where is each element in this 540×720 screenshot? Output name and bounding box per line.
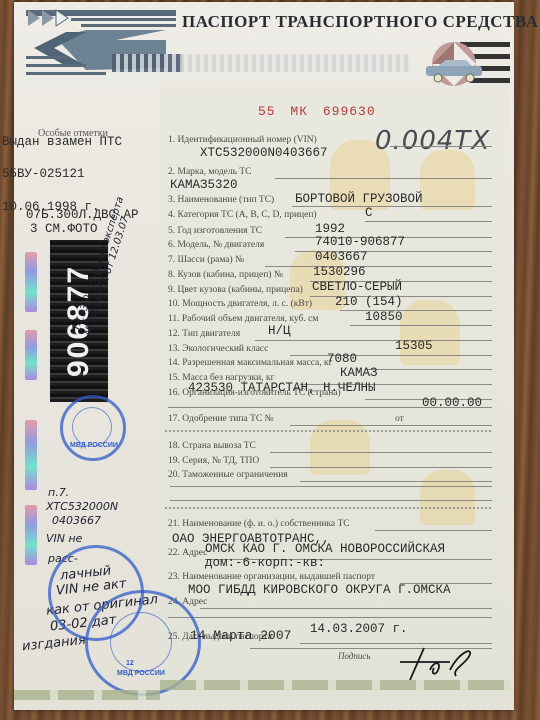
field-underline (350, 325, 492, 326)
blank-line (170, 486, 492, 487)
section-divider (165, 430, 492, 432)
field-underline (270, 467, 492, 468)
field-underline (292, 206, 492, 207)
document-title: ПАСПОРТ ТРАНСПОРТНОГО СРЕДСТВА (182, 12, 538, 32)
field-value: БОРТОВОЙ ГРУЗОВОЙ (295, 192, 423, 206)
security-border-strip (14, 690, 160, 700)
field-label: 19. Серия, № ТД, ТПО (168, 456, 259, 466)
field-value: C (365, 206, 373, 220)
stamp-inner-ring (110, 612, 172, 672)
field-value: МОО ГИБДД КИРОВСКОГО ОКРУГА Г.ОМСКА (188, 583, 451, 597)
field-label: 17. Одобрение типа ТС № (168, 414, 274, 424)
car-emblem-icon (420, 40, 510, 90)
series-number: 55 (258, 104, 276, 119)
field-value: 210 (154) (335, 295, 403, 309)
field-suffix: от (395, 414, 404, 424)
field-label: 9. Цвет кузова (кабины, прицепа) (168, 285, 303, 295)
field-underline (365, 221, 492, 222)
field-label: 12. Тип двигателя (168, 329, 240, 339)
field-label: 18. Страна вывоза ТС (168, 441, 256, 451)
field-underline (265, 266, 492, 267)
field-label: 1. Идентификационный номер (VIN) (168, 135, 317, 145)
field-label: 6. Модель, № двигателя (168, 240, 264, 250)
field-value: XTC532000N0403667 (200, 146, 328, 160)
field-underline (275, 178, 492, 179)
field-value: 74010-906877 (315, 235, 405, 249)
field-value: КАМАЗ5320 (170, 178, 238, 192)
field-label: 2. Марка, модель ТС (168, 167, 251, 177)
special-note-photo: 3 СМ.ФОТО (30, 222, 98, 236)
field-value: 00.00.00 (422, 396, 482, 410)
passport-serial-number: 55 МК 699630 (258, 104, 376, 119)
field-value: 1530296 (313, 265, 366, 279)
field-value: КАМАЗ (340, 366, 378, 380)
field-label: 11. Рабочий объем двигателя, куб. см (168, 314, 318, 324)
field-label: 5. Год изготовления ТС (168, 226, 262, 236)
field-label: 3. Наименование (тип ТС) (168, 195, 274, 205)
field-label: 22. Адрес (168, 548, 207, 558)
hologram-strip (25, 252, 37, 312)
field-underline (290, 355, 492, 356)
field-value: СВЕТЛО-СЕРЫЙ (312, 280, 402, 294)
field-value: 15305 (395, 339, 433, 353)
section-divider (165, 507, 492, 509)
field-value: Н/Ц (268, 324, 291, 338)
hologram-strip (25, 420, 37, 490)
field-value: 1992 (315, 222, 345, 236)
field-label: 14. Разрешенная максимальная масса, кг (168, 358, 333, 368)
field-label: 13. Экологический класс (168, 344, 268, 354)
field-underline (300, 481, 492, 482)
watermark (420, 470, 475, 525)
field-label: 4. Категория ТС (A, B, C, D, прицеп) (168, 210, 317, 220)
field-underline (270, 452, 492, 453)
date-stamp: 14 Марта 2007 (190, 628, 291, 643)
stamp-number: 12 (126, 660, 134, 667)
security-guilloche-band (180, 54, 410, 72)
field-underline (255, 340, 492, 341)
special-note-old-pts: 55ВУ-025121 (2, 167, 85, 181)
series-letters: МК (290, 104, 308, 119)
field-underline (375, 530, 492, 531)
security-border-strip (160, 680, 510, 690)
field-underline (290, 425, 492, 426)
field-label: 7. Шасси (рама) № (168, 255, 244, 265)
handwritten-note-line: п.7. (48, 486, 69, 499)
special-note-replacement: Выдан взамен ПТС (2, 135, 122, 149)
field-underline (390, 146, 492, 147)
stamp-text: МВД РОССИИ (70, 442, 118, 449)
handwritten-note-line: VIN не (46, 532, 82, 545)
field-underline (340, 310, 492, 311)
field-value: 0403667 (315, 250, 368, 264)
handwritten-vin-mark: 0.004ТХ (375, 126, 490, 156)
stamp-text: МВД РОССИИ (117, 670, 165, 677)
handwritten-note-line: 0403667 (52, 514, 101, 527)
field-label: 10. Мощность двигателя, л. с. (кВт) (168, 299, 312, 309)
field-value: 10850 (365, 310, 403, 324)
field-label: 21. Наименование (ф. и. о.) собственника… (168, 519, 350, 529)
field-label: 20. Таможенные ограничения (168, 470, 288, 480)
handwritten-note-line: ХТС532000N (46, 500, 118, 513)
watermark (420, 150, 475, 210)
field-value: 423530 ТАТАРСТАН, Н.ЧЕЛНЫ (188, 381, 376, 395)
field-value: 14.03.2007 г. (310, 622, 408, 636)
blank-line (168, 617, 492, 618)
passport-number: 699630 (323, 104, 376, 119)
security-guilloche-band (112, 54, 182, 72)
stamp-inner-ring (72, 407, 112, 447)
field-label: 23. Наименование организации, выдавшей п… (168, 572, 375, 582)
hologram-strip (25, 505, 37, 565)
field-value-continued: дом:-6-корп:-кв: (205, 556, 325, 570)
field-value: ОМСК КАО Г. ОМСКА НОВОРОССИЙСКАЯ (205, 542, 445, 556)
signature-label: Подпись (338, 651, 371, 661)
field-label: 8. Кузов (кабина, прицеп) № (168, 270, 283, 280)
signature-icon (390, 640, 480, 685)
field-underline (200, 608, 492, 609)
field-underline (365, 369, 492, 370)
field-value: 7080 (327, 352, 357, 366)
blank-line (170, 500, 492, 501)
hologram-strip (25, 330, 37, 380)
